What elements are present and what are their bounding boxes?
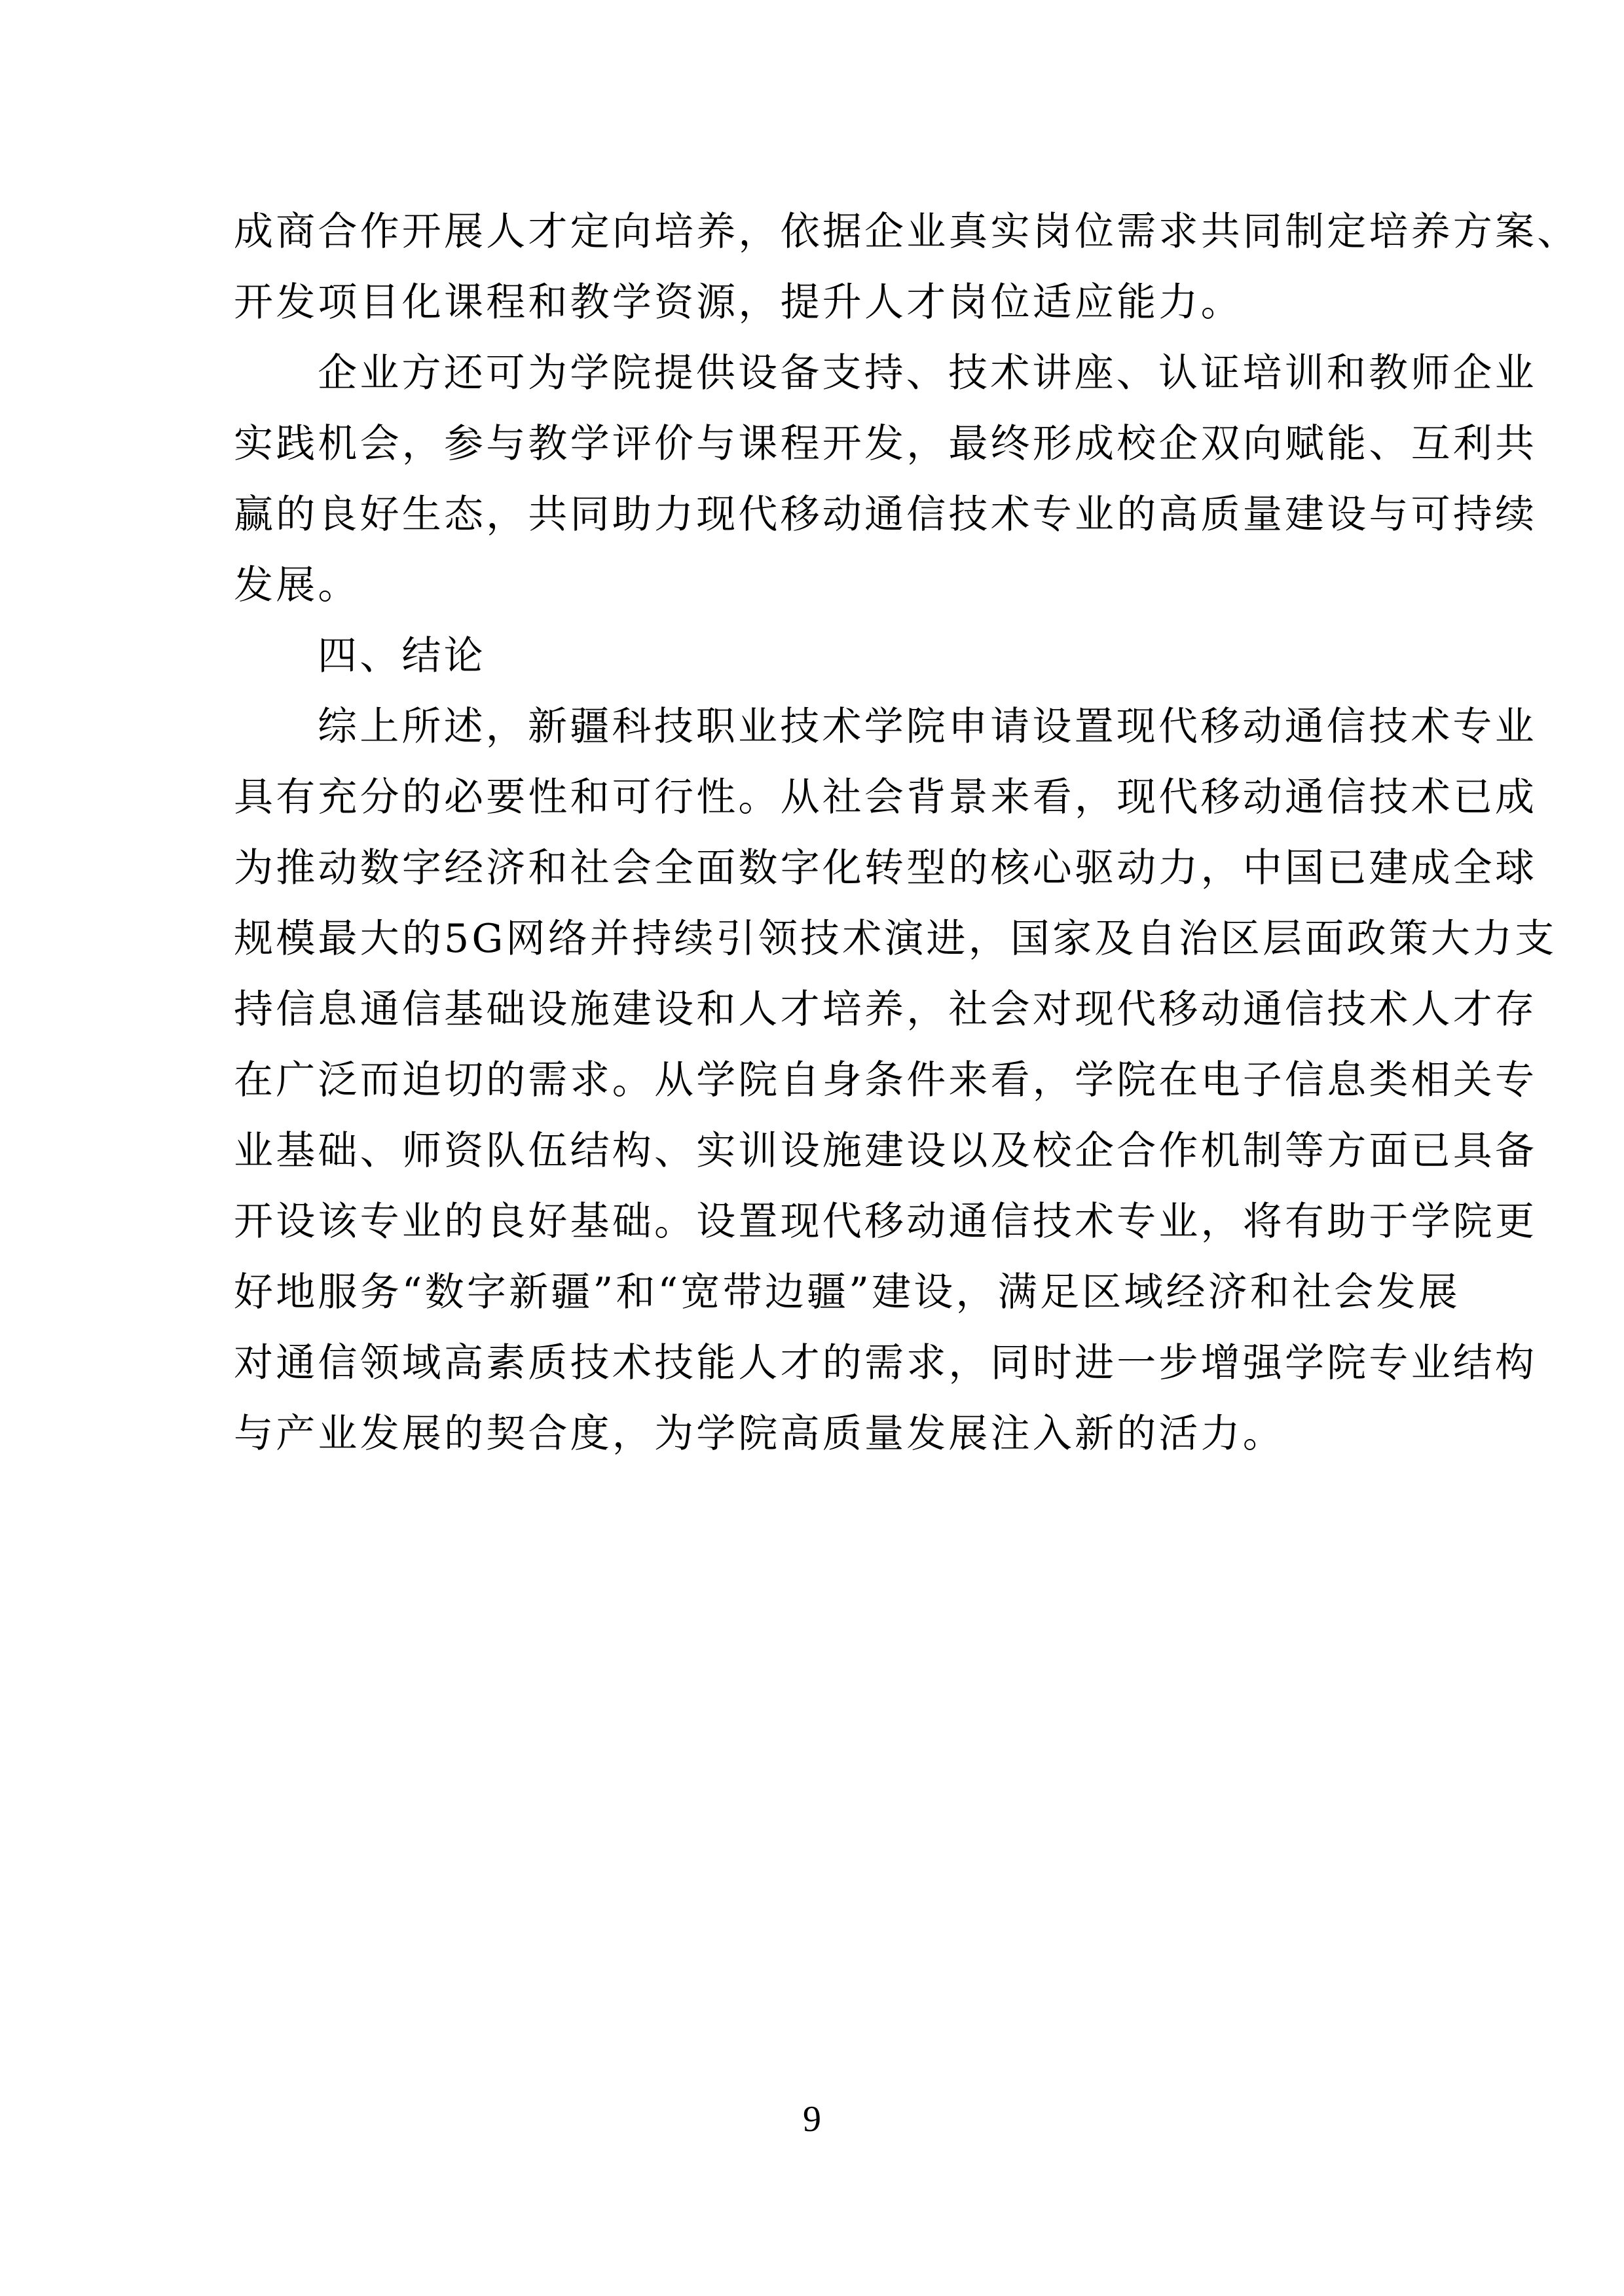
text-line: 与产业发展的契合度，为学院高质量发展注入新的活力。 (234, 1398, 1412, 1469)
text-line: 对通信领域高素质技术技能人才的需求，同时进一步增强学院专业结构 (234, 1328, 1412, 1398)
document-body: 成商合作开展人才定向培养，依据企业真实岗位需求共同制定培养方案、 开发项目化课程… (234, 196, 1412, 1469)
text-line: 业基础、师资队伍结构、实训设施建设以及校企合作机制等方面已具备 (234, 1116, 1412, 1186)
text-line: 开发项目化课程和教学资源，提升人才岗位适应能力。 (234, 267, 1412, 338)
paragraph-enterprise-support: 企业方还可为学院提供设备支持、技术讲座、认证培训和教师企业 实践机会，参与教学评… (234, 338, 1412, 621)
text-line: 成商合作开展人才定向培养，依据企业真实岗位需求共同制定培养方案、 (234, 196, 1412, 267)
text-line: 实践机会，参与教学评价与课程开发，最终形成校企双向赋能、互利共 (234, 409, 1412, 479)
text-line: 好地服务“数字新疆”和“宽带边疆”建设，满足区域经济和社会发展 (234, 1257, 1412, 1328)
text-line: 发展。 (234, 550, 1412, 621)
text-line: 开设该专业的良好基础。设置现代移动通信技术专业，将有助于学院更 (234, 1186, 1412, 1257)
text-line: 综上所述，新疆科技职业技术学院申请设置现代移动通信技术专业 (234, 691, 1412, 762)
text-line: 具有充分的必要性和可行性。从社会背景来看，现代移动通信技术已成 (234, 762, 1412, 833)
text-line: 为推动数字经济和社会全面数字化转型的核心驱动力，中国已建成全球 (234, 833, 1412, 903)
text-line: 企业方还可为学院提供设备支持、技术讲座、认证培训和教师企业 (234, 338, 1412, 409)
section-heading-conclusion: 四、结论 (234, 621, 1412, 691)
text-line: 持信息通信基础设施建设和人才培养，社会对现代移动通信技术人才存 (234, 974, 1412, 1045)
paragraph-conclusion: 综上所述，新疆科技职业技术学院申请设置现代移动通信技术专业 具有充分的必要性和可… (234, 691, 1412, 1469)
text-line: 赢的良好生态，共同助力现代移动通信技术专业的高质量建设与可持续 (234, 479, 1412, 550)
text-line: 在广泛而迫切的需求。从学院自身条件来看，学院在电子信息类相关专 (234, 1045, 1412, 1116)
text-line: 规模最大的5G网络并持续引领技术演进，国家及自治区层面政策大力支 (234, 903, 1412, 974)
paragraph-continued: 成商合作开展人才定向培养，依据企业真实岗位需求共同制定培养方案、 开发项目化课程… (234, 196, 1412, 338)
page-number: 9 (0, 2098, 1624, 2140)
heading-text: 四、结论 (234, 621, 1412, 691)
